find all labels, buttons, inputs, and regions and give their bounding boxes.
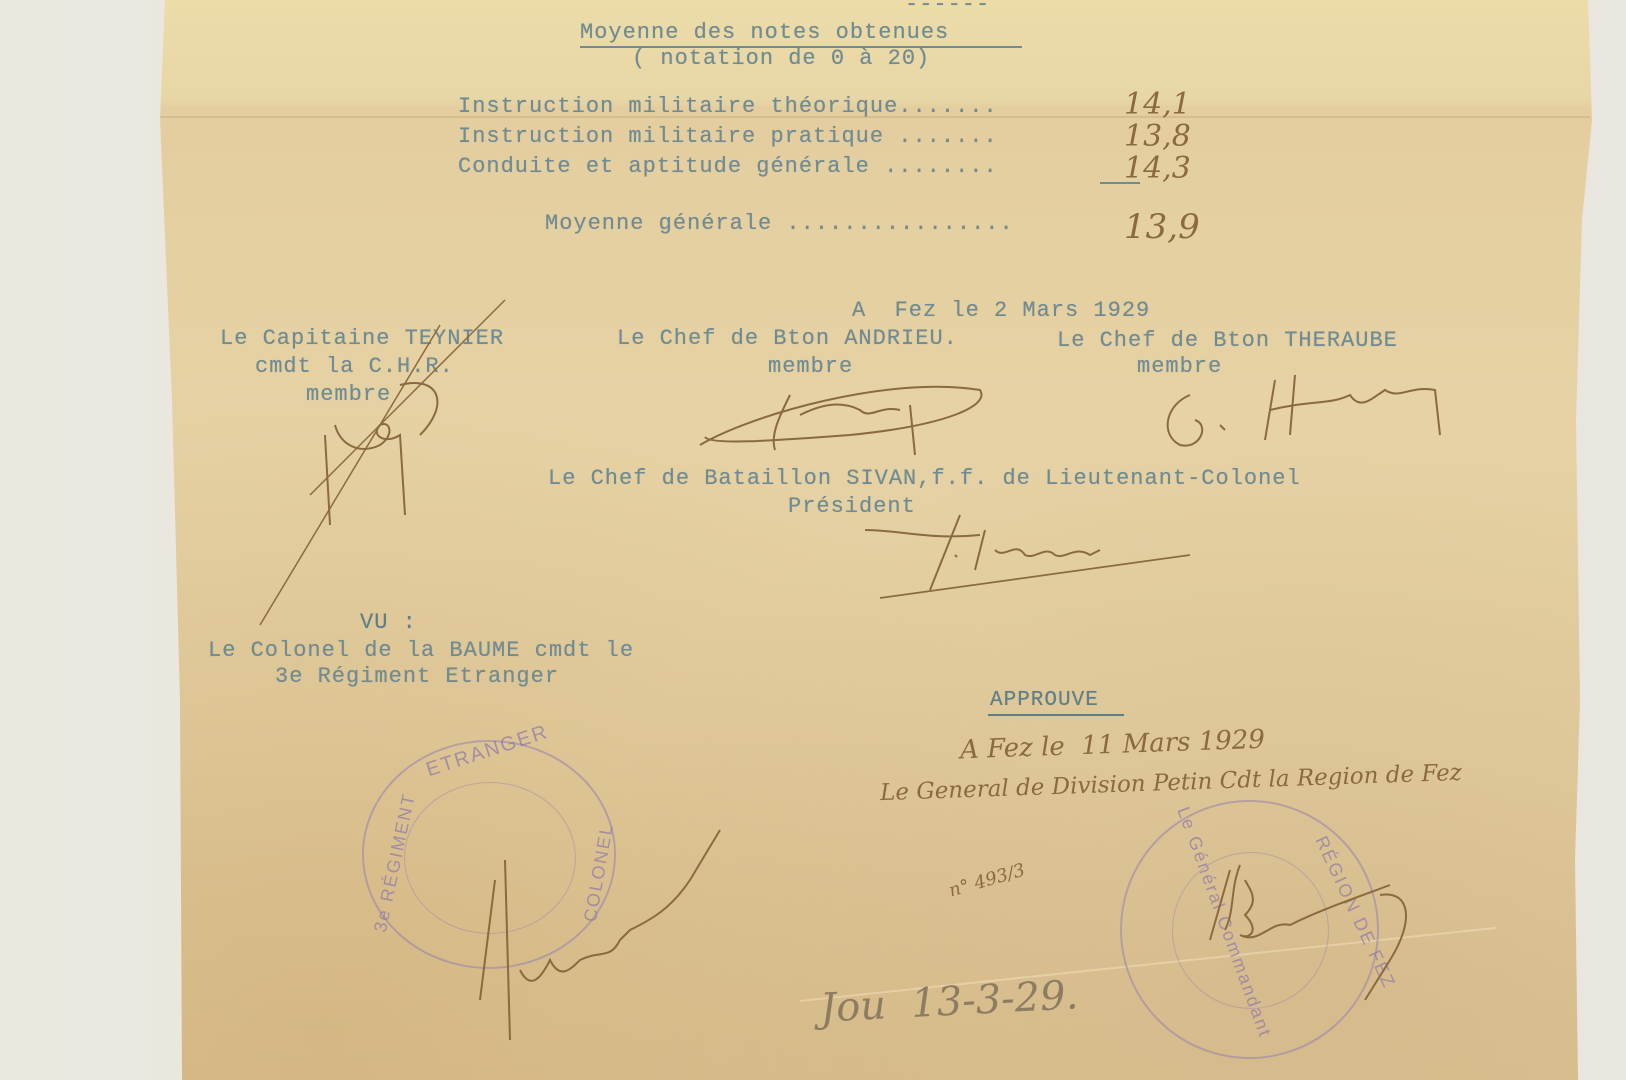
pencil-note: Jou 13-3-29. bbox=[819, 975, 1079, 1028]
president-line1: Le Chef de Bataillon SIVAN,f.f. de Lieut… bbox=[548, 468, 1301, 490]
signature-sivan bbox=[860, 510, 1200, 610]
document-subtitle: ( notation de 0 à 20) bbox=[632, 48, 930, 70]
grade-value-conduct: 14,3 bbox=[1124, 154, 1191, 184]
grade-label-practice: Instruction militaire pratique ....... bbox=[458, 126, 998, 148]
vu-line1: Le Colonel de la BAUME cmdt le bbox=[208, 640, 634, 662]
signature-teynier bbox=[250, 295, 550, 635]
document-paper: ------ Moyenne des notes obtenues ( nota… bbox=[0, 0, 1626, 1080]
signature-general bbox=[1190, 850, 1450, 1030]
average-label: Moyenne générale ................ bbox=[545, 213, 1014, 235]
approval-general: Le General de Division Petin Cdt la Regi… bbox=[880, 762, 1462, 805]
grade-value-practice: 13,8 bbox=[1124, 122, 1191, 152]
separator-line: ------ bbox=[905, 0, 990, 16]
approval-heading: APPROUVE bbox=[990, 690, 1099, 711]
reference-number: n° 493/3 bbox=[947, 862, 1027, 901]
approval-underline bbox=[988, 714, 1124, 716]
document-title: Moyenne des notes obtenues bbox=[580, 22, 949, 44]
signatory-3-line1: Le Chef de Bton THERAUBE bbox=[1057, 330, 1398, 352]
signature-theraube bbox=[1150, 365, 1450, 475]
grade-label-theory: Instruction militaire théorique....... bbox=[458, 96, 998, 118]
approval-date: A Fez le 11 Mars 1929 bbox=[960, 727, 1266, 764]
average-value: 13,9 bbox=[1124, 210, 1200, 244]
stamp-text-top: ETRANGER bbox=[424, 721, 552, 782]
signatory-2-line1: Le Chef de Bton ANDRIEU. bbox=[617, 328, 958, 350]
signature-de-la-baume bbox=[450, 820, 750, 1050]
place-date: A Fez le 2 Mars 1929 bbox=[852, 300, 1150, 322]
grade-value-theory: 14,1 bbox=[1124, 90, 1191, 120]
grade-label-conduct: Conduite et aptitude générale ........ bbox=[458, 156, 998, 178]
vu-line2: 3e Régiment Etranger bbox=[275, 666, 559, 688]
vu-heading: VU : bbox=[360, 612, 417, 634]
